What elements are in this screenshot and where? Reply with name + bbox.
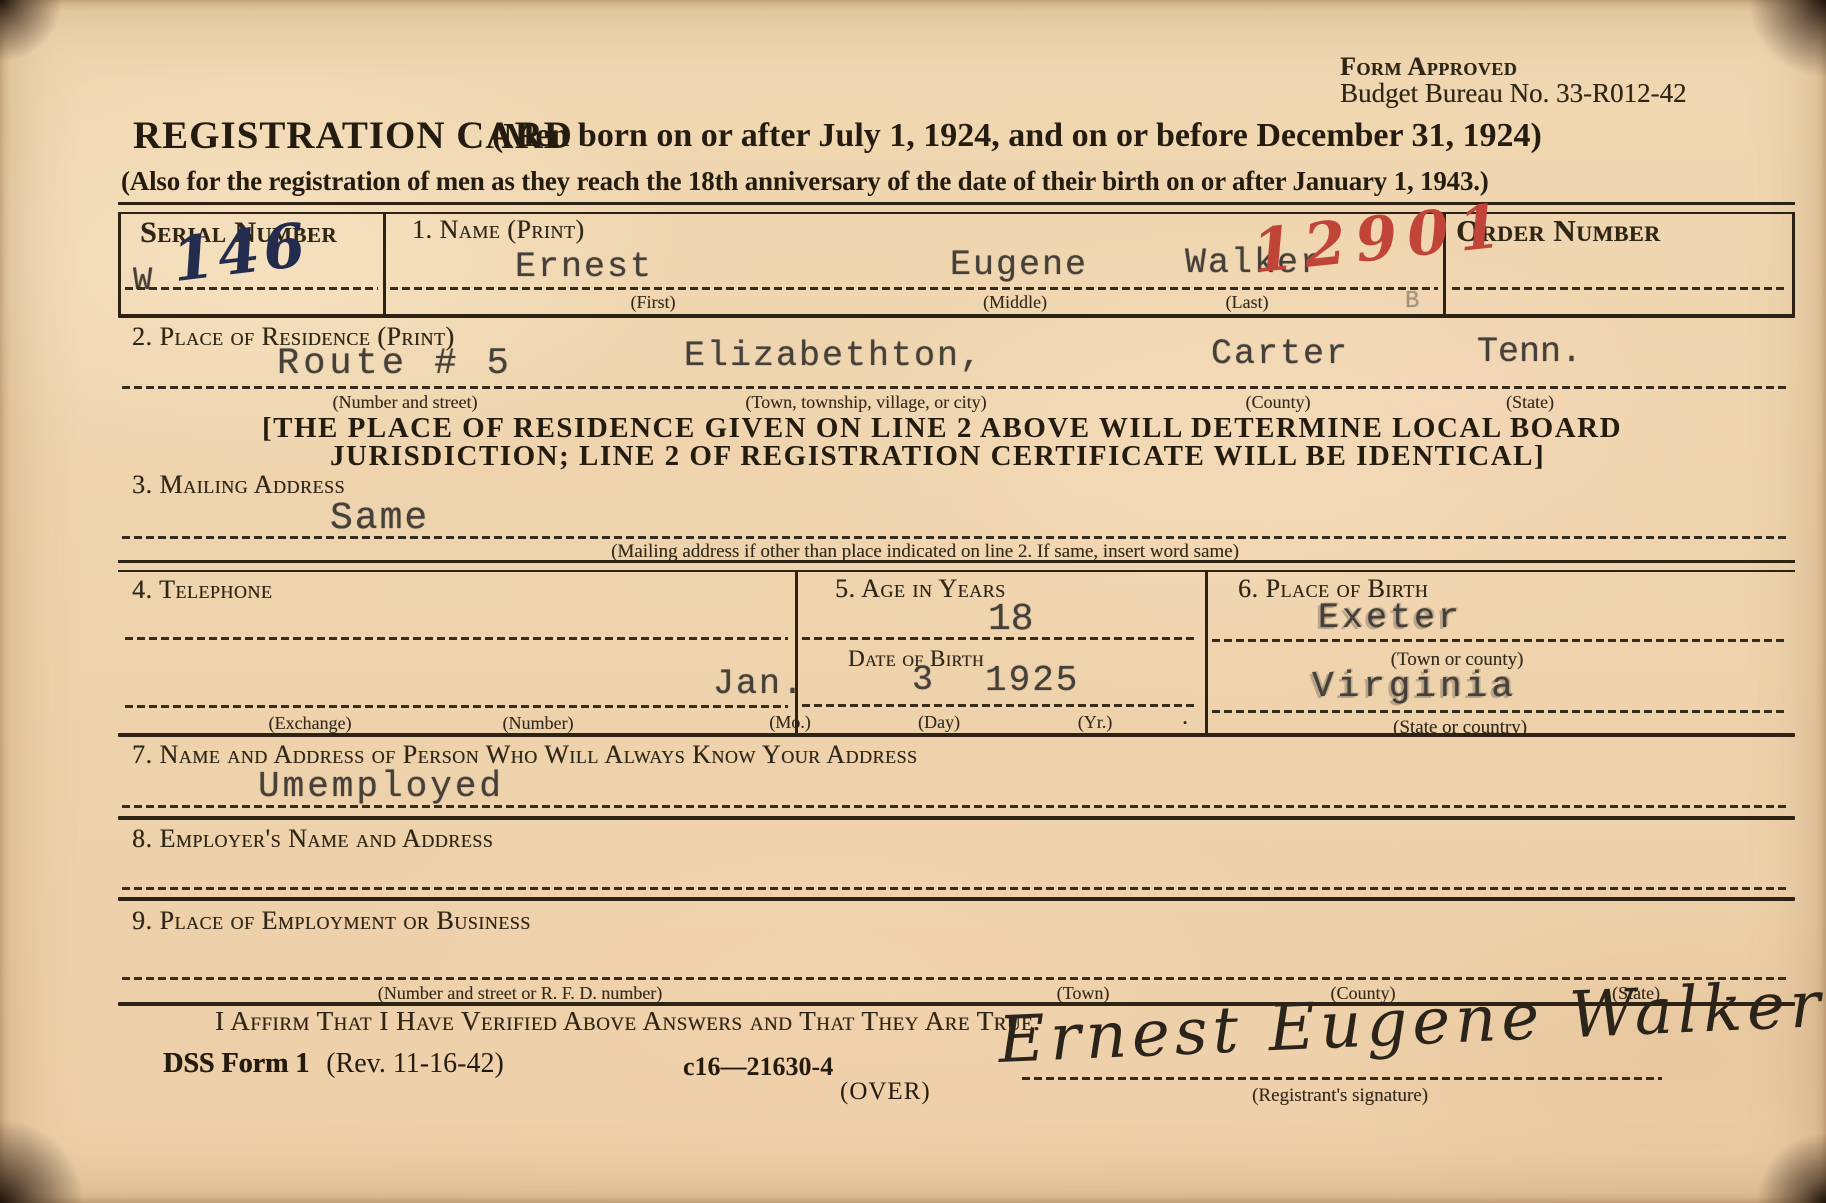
telephone-exchange-label: (Exchange) xyxy=(269,713,352,734)
form-revision: (Rev. 11-16-42) xyxy=(326,1048,504,1079)
residence-county-value: Carter xyxy=(1211,334,1349,374)
residence-dash-line xyxy=(122,386,1790,389)
row1-left-border xyxy=(118,212,121,315)
age-dash-line xyxy=(802,637,1198,640)
dob-day-label: (Day) xyxy=(918,712,960,733)
dob-year-value: 1925 xyxy=(985,660,1079,701)
name-first-label: (First) xyxy=(631,292,676,313)
name-middle-label: (Middle) xyxy=(983,292,1047,313)
mailing-address-value: Same xyxy=(330,497,429,540)
mailing-double-rule xyxy=(118,560,1795,572)
print-code: c16—21630-4 xyxy=(683,1052,833,1082)
birthplace-state-dash-line xyxy=(1212,710,1788,713)
registration-card: Form Approved Budget Bureau No. 33-R012-… xyxy=(0,0,1826,1203)
name-last-label: (Last) xyxy=(1226,292,1269,313)
serial-dash-line xyxy=(125,287,378,290)
birthplace-town-value: Exeter xyxy=(1318,598,1462,638)
form-id: DSS Form 1 xyxy=(163,1048,309,1079)
contact-person-label: 7. Name and Address of Person Who Will A… xyxy=(132,740,918,770)
telephone-number-label: (Number) xyxy=(503,713,574,734)
mailing-address-label: 3. Mailing Address xyxy=(132,470,345,500)
row1-right-border xyxy=(1792,212,1795,315)
telephone-age-divider xyxy=(795,570,798,735)
order-dash-line xyxy=(1452,287,1788,290)
signature-dash-line xyxy=(1022,1077,1662,1080)
name-middle: Eugene xyxy=(950,245,1088,285)
dob-month-label: (Mo.) xyxy=(769,712,811,733)
contact-person-value: Umemployed xyxy=(258,766,504,807)
name-dash-line xyxy=(390,287,1438,290)
page-title-note: (Men born on or after July 1, 1924, and … xyxy=(492,117,1542,155)
contact-dash-line xyxy=(122,805,1790,808)
age-value: 18 xyxy=(988,598,1034,641)
residence-town-value: Elizabethton, xyxy=(684,336,983,376)
signature-label: (Registrant's signature) xyxy=(1252,1085,1428,1107)
age-birth-divider xyxy=(1205,570,1208,735)
telephone-dash-line-1 xyxy=(125,637,788,640)
dob-month-value: Jan. xyxy=(713,664,805,704)
employment-street-label: (Number and street or R. F. D. number) xyxy=(378,983,663,1004)
dob-dash-line xyxy=(802,704,1198,707)
employer-label: 8. Employer's Name and Address xyxy=(132,824,493,854)
row4-bottom-rule xyxy=(118,733,1795,737)
affirmation-text: I Affirm That I Have Verified Above Answ… xyxy=(215,1006,1040,1037)
telephone-label: 4. Telephone xyxy=(132,575,272,605)
residence-street-value: Route # 5 xyxy=(277,343,513,385)
serial-name-divider xyxy=(383,212,386,315)
mailing-dash-line xyxy=(122,536,1790,539)
contact-bottom-rule xyxy=(118,816,1795,820)
dob-day-value: 3 xyxy=(912,660,933,700)
employment-place-label: 9. Place of Employment or Business xyxy=(132,906,531,936)
registrant-signature: Ernest Eugene Walker xyxy=(997,968,1826,1078)
dob-year-label: (Yr.) xyxy=(1078,712,1113,733)
telephone-dash-line-2 xyxy=(125,705,788,708)
form-id-line: DSS Form 1 (Rev. 11-16-42) xyxy=(163,1048,504,1080)
employer-bottom-rule xyxy=(118,897,1795,901)
page-subtitle: (Also for the registration of men as the… xyxy=(121,166,1489,197)
jurisdiction-note-line2: JURISDICTION; LINE 2 OF REGISTRATION CER… xyxy=(330,440,1545,473)
form-approved-number: Budget Bureau No. 33-R012-42 xyxy=(1340,78,1686,109)
residence-street-label: (Number and street) xyxy=(333,392,478,413)
birthplace-town-dash-line xyxy=(1212,639,1788,642)
order-stray-mark: B xyxy=(1405,288,1419,315)
birthplace-state-value: Virginia xyxy=(1312,666,1517,707)
dob-trailing-dot: . xyxy=(1183,708,1188,729)
name-label: 1. Name (Print) xyxy=(412,215,585,245)
residence-state-label: (State) xyxy=(1506,392,1554,413)
age-label: 5. Age in Years xyxy=(835,574,1006,604)
row1-bottom-rule xyxy=(118,314,1795,318)
residence-state-value: Tenn. xyxy=(1477,332,1582,372)
residence-county-label: (County) xyxy=(1246,392,1311,413)
employer-dash-line xyxy=(122,887,1790,890)
serial-number-typed-prefix: W xyxy=(133,262,152,299)
over-note: (OVER) xyxy=(840,1078,931,1106)
residence-town-label: (Town, township, village, or city) xyxy=(745,392,986,413)
name-first: Ernest xyxy=(515,247,653,287)
